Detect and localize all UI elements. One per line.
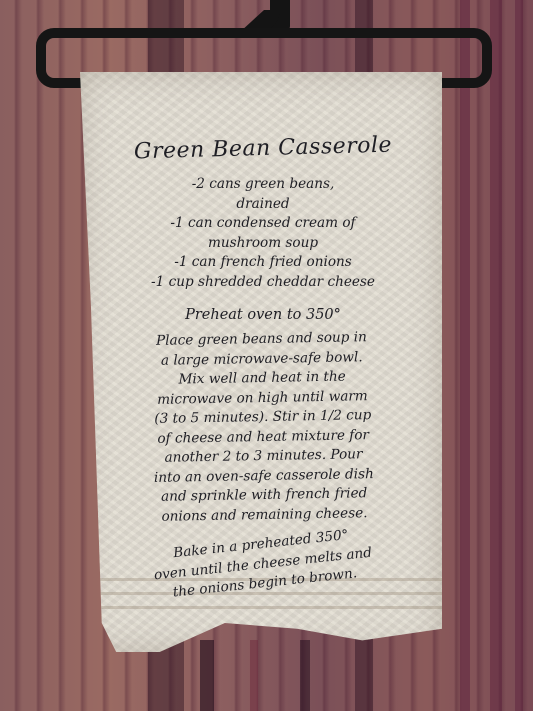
background-stripe bbox=[515, 0, 523, 711]
background-stripe bbox=[300, 640, 310, 711]
ingredients-list: -2 cans green beans, drained -1 can cond… bbox=[96, 175, 430, 292]
ingredient-line: mushroom soup bbox=[96, 234, 430, 254]
recipe-title: Green Bean Casserole bbox=[96, 132, 431, 166]
instructions-block: Place green beans and soup in a large mi… bbox=[94, 327, 431, 528]
background-stripe bbox=[200, 640, 214, 711]
ingredient-line: -1 cup shredded cheddar cheese bbox=[96, 273, 430, 293]
background-stripe bbox=[250, 640, 258, 711]
preheat-line: Preheat oven to 350° bbox=[96, 306, 430, 326]
background-stripe bbox=[460, 0, 470, 711]
background-stripe bbox=[490, 0, 502, 711]
recipe-text: Green Bean Casserole -2 cans green beans… bbox=[96, 136, 430, 593]
ingredient-line: -2 cans green beans, bbox=[96, 175, 430, 195]
ingredient-line: -1 can condensed cream of bbox=[96, 214, 430, 234]
ingredient-line: -1 can french fried onions bbox=[96, 253, 430, 273]
ingredient-line: drained bbox=[96, 195, 430, 215]
